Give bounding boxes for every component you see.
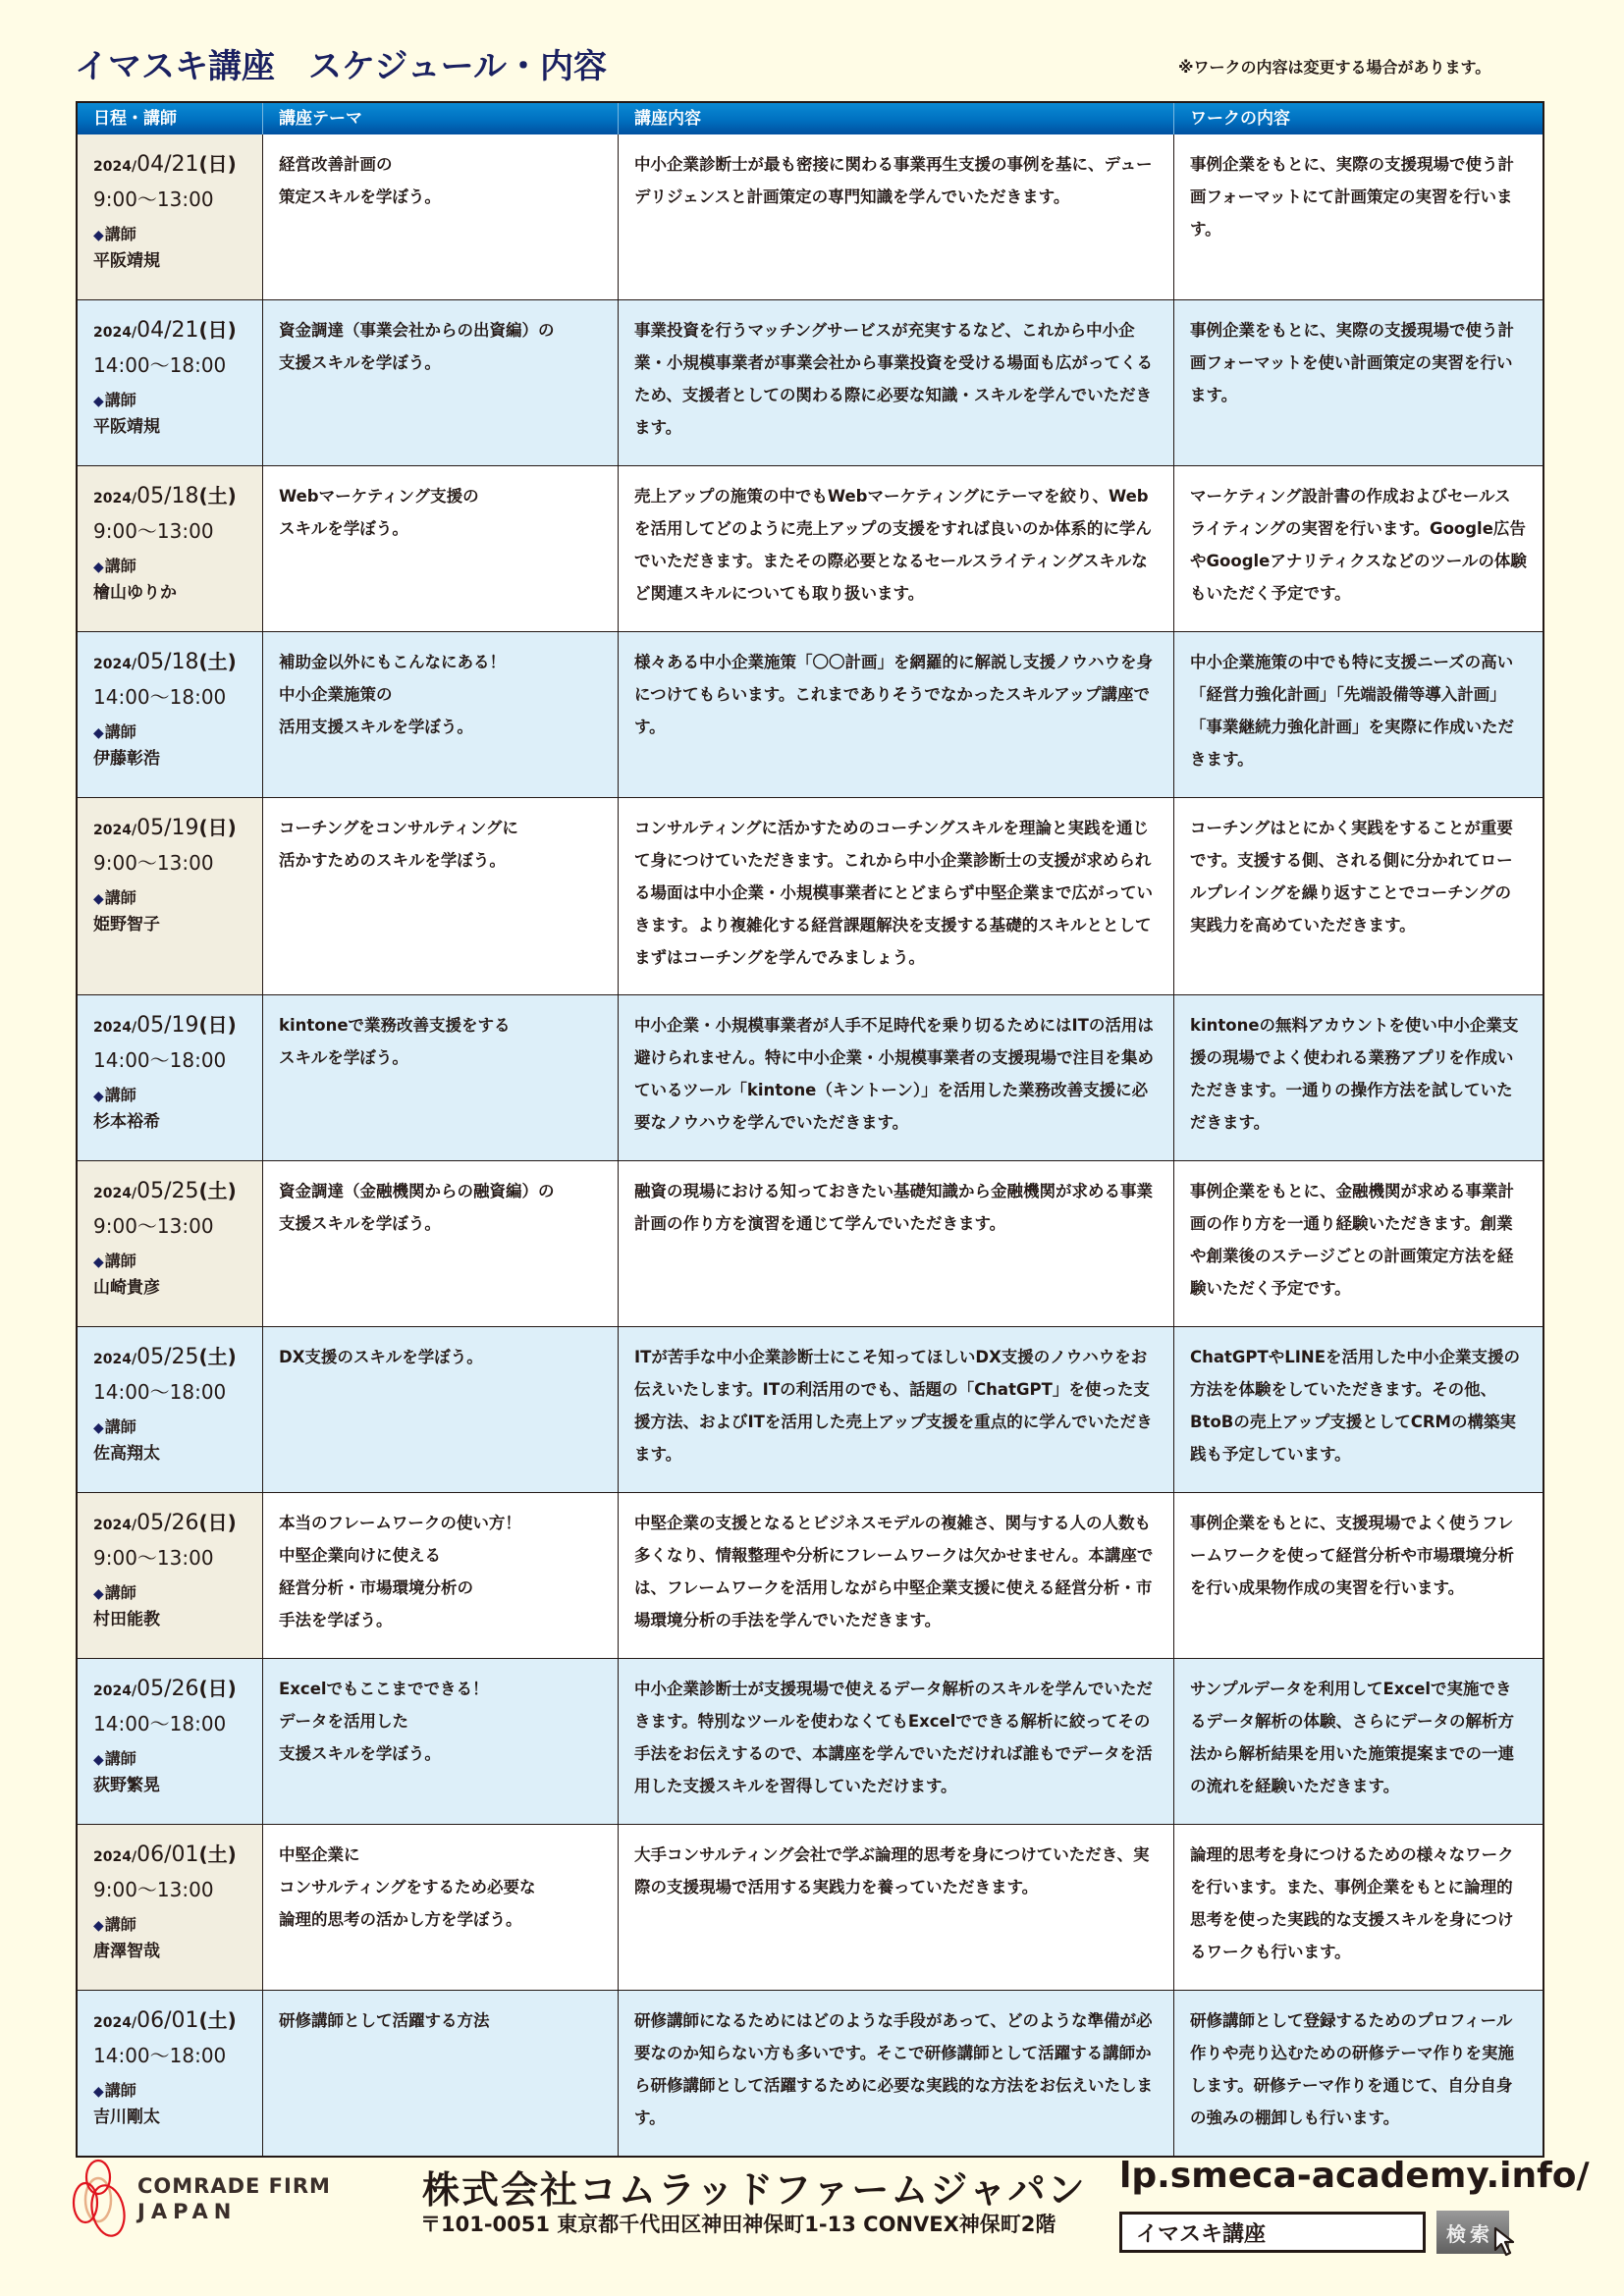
date-month-day: 05/25: [136, 1345, 198, 1369]
content-cell: 中小企業・小規模事業者が人手不足時代を乗り切るためにはITの活用は避けられません…: [618, 995, 1173, 1160]
date-month-day: 06/01: [136, 2008, 198, 2033]
session-date: 2024/05/18(土): [93, 480, 246, 515]
date-month-day: 04/21: [136, 152, 198, 177]
schedule-cell: 2024/05/18(土) 9:00〜13:00 ◆講師 檜山ゆりか: [78, 466, 262, 631]
diamond-bullet-icon: ◆: [93, 228, 104, 243]
header-theme: 講座テーマ: [262, 103, 618, 134]
date-weekday: (日): [198, 1511, 236, 1534]
content-cell: 中小企業診断士が支援現場で使えるデータ解析のスキルを学んでいただきます。特別なツ…: [618, 1659, 1173, 1824]
lecturer-name: 平阪靖規: [93, 248, 246, 274]
content-cell: 様々ある中小企業施策「〇〇計画」を網羅的に解説し支援ノウハウを身につけてもらいま…: [618, 632, 1173, 797]
table-row: 2024/04/21(日) 9:00〜13:00 ◆講師 平阪靖規 経営改善計画…: [78, 134, 1543, 299]
date-weekday: (日): [198, 816, 236, 839]
theme-line: Webマーケティング支援の: [279, 480, 602, 512]
theme-line: 資金調達（金融機関からの融資編）の: [279, 1175, 602, 1207]
diamond-bullet-icon: ◆: [93, 725, 104, 741]
session-date: 2024/05/19(日): [93, 812, 246, 847]
schedule-cell: 2024/05/18(土) 14:00〜18:00 ◆講師 伊藤彰浩: [78, 632, 262, 797]
brand-name: COMRADE FIRM JAPAN: [137, 2173, 331, 2224]
theme-line: 論理的思考の活かし方を学ぼう。: [279, 1903, 602, 1936]
work-cell: ChatGPTやLINEを活用した中小企業支援の方法を体験をしていただきます。そ…: [1173, 1327, 1543, 1492]
schedule-cell: 2024/04/21(日) 9:00〜13:00 ◆講師 平阪靖規: [78, 134, 262, 299]
lecturer-label-text: 講師: [105, 1915, 136, 1934]
date-weekday: (土): [198, 1179, 236, 1202]
session-time: 14:00〜18:00: [93, 349, 246, 382]
lecturer-label-text: 講師: [105, 1417, 136, 1436]
lecturer-label: ◆講師: [93, 1580, 246, 1607]
lecturer-label-text: 講師: [105, 557, 136, 575]
theme-line: Excelでもここまでできる！: [279, 1673, 602, 1705]
date-weekday: (土): [198, 1842, 236, 1866]
table-row: 2024/05/25(土) 14:00〜18:00 ◆講師 佐高翔太 DX支援の…: [78, 1326, 1543, 1492]
date-year: 2024/: [93, 2015, 136, 2031]
content-cell: コンサルティングに活かすためのコーチングスキルを理論と実践を通じて身につけていた…: [618, 798, 1173, 994]
theme-line: 活用支援スキルを学ぼう。: [279, 711, 602, 743]
date-year: 2024/: [93, 1849, 136, 1865]
theme-line: スキルを学ぼう。: [279, 512, 602, 545]
theme-cell: 本当のフレームワークの使い方！中堅企業向けに使える経営分析・市場環境分析の手法を…: [262, 1493, 618, 1658]
date-month-day: 05/26: [136, 1677, 198, 1701]
lecturer-label: ◆講師: [93, 222, 246, 248]
lecturer-name: 佐高翔太: [93, 1441, 246, 1467]
work-cell: 事例企業をもとに、実際の支援現場で使う計画フォーマットにて計画策定の実習を行いま…: [1173, 134, 1543, 299]
lecturer-name: 村田能教: [93, 1607, 246, 1632]
lecturer-name: 伊藤彰浩: [93, 746, 246, 772]
work-cell: マーケティング設計書の作成およびセールスライティングの実習を行います。Googl…: [1173, 466, 1543, 631]
page-title: イマスキ講座 スケジュール・内容: [75, 39, 607, 87]
theme-cell: コーチングをコンサルティングに活かすためのスキルを学ぼう。: [262, 798, 618, 994]
lecturer-label-text: 講師: [105, 225, 136, 243]
company-address: 〒101-0051 東京都千代田区神田神保町1-13 CONVEX神保町2階: [420, 2209, 1056, 2238]
session-date: 2024/05/26(日): [93, 1673, 246, 1708]
theme-line: 補助金以外にもこんなにある！: [279, 646, 602, 678]
session-date: 2024/05/25(土): [93, 1341, 246, 1376]
theme-line: 本当のフレームワークの使い方！: [279, 1507, 602, 1539]
date-weekday: (日): [198, 318, 236, 342]
session-time: 9:00〜13:00: [93, 184, 246, 216]
table-row: 2024/05/18(土) 9:00〜13:00 ◆講師 檜山ゆりか Webマー…: [78, 465, 1543, 631]
lecturer-label-text: 講師: [105, 888, 136, 907]
session-time: 9:00〜13:00: [93, 847, 246, 880]
session-date: 2024/04/21(日): [93, 314, 246, 349]
table-row: 2024/05/18(土) 14:00〜18:00 ◆講師 伊藤彰浩 補助金以外…: [78, 631, 1543, 797]
date-month-day: 05/25: [136, 1179, 198, 1203]
session-date: 2024/05/18(土): [93, 646, 246, 681]
lecturer-label: ◆講師: [93, 720, 246, 746]
content-cell: 事業投資を行うマッチングサービスが充実するなど、これから中小企業・小規模事業者が…: [618, 300, 1173, 465]
theme-cell: DX支援のスキルを学ぼう。: [262, 1327, 618, 1492]
session-date: 2024/05/25(土): [93, 1175, 246, 1210]
session-time: 14:00〜18:00: [93, 1708, 246, 1740]
theme-cell: Excelでもここまでできる！データを活用した支援スキルを学ぼう。: [262, 1659, 618, 1824]
session-time: 9:00〜13:00: [93, 515, 246, 548]
schedule-cell: 2024/05/19(日) 9:00〜13:00 ◆講師 姫野智子: [78, 798, 262, 994]
diamond-bullet-icon: ◆: [93, 891, 104, 907]
theme-line: スキルを学ぼう。: [279, 1041, 602, 1074]
schedule-cell: 2024/05/19(日) 14:00〜18:00 ◆講師 杉本裕希: [78, 995, 262, 1160]
theme-cell: 資金調達（事業会社からの出資編）の支援スキルを学ぼう。: [262, 300, 618, 465]
date-weekday: (土): [198, 484, 236, 507]
lecturer-label-text: 講師: [105, 1583, 136, 1602]
session-date: 2024/05/19(日): [93, 1009, 246, 1044]
search-input[interactable]: [1119, 2212, 1426, 2253]
theme-cell: 経営改善計画の策定スキルを学ぼう。: [262, 134, 618, 299]
theme-line: データを活用した: [279, 1705, 602, 1737]
lecturer-name: 檜山ゆりか: [93, 580, 246, 606]
table-header: 日程・講師 講座テーマ 講座内容 ワークの内容: [78, 103, 1543, 134]
session-date: 2024/05/26(日): [93, 1507, 246, 1542]
work-cell: コーチングはとにかく実践をすることが重要です。支援する側、される側に分かれてロー…: [1173, 798, 1543, 994]
date-month-day: 05/18: [136, 650, 198, 674]
theme-line: 支援スキルを学ぼう。: [279, 347, 602, 379]
diamond-bullet-icon: ◆: [93, 560, 104, 575]
date-month-day: 05/18: [136, 484, 198, 508]
theme-line: DX支援のスキルを学ぼう。: [279, 1341, 602, 1373]
lecturer-name: 姫野智子: [93, 912, 246, 937]
lecturer-label: ◆講師: [93, 1083, 246, 1109]
theme-line: kintoneで業務改善支援をする: [279, 1009, 602, 1041]
work-cell: 事例企業をもとに、実際の支援現場で使う計画フォーマットを使い計画策定の実習を行い…: [1173, 300, 1543, 465]
date-month-day: 06/01: [136, 1842, 198, 1867]
date-month-day: 05/26: [136, 1511, 198, 1535]
work-cell: kintoneの無料アカウントを使い中小企業支援の現場でよく使われる業務アプリを…: [1173, 995, 1543, 1160]
lecturer-label: ◆講師: [93, 1912, 246, 1939]
date-year: 2024/: [93, 1020, 136, 1036]
header-schedule-lecturer: 日程・講師: [78, 103, 262, 134]
theme-line: 手法を学ぼう。: [279, 1604, 602, 1636]
lecturer-label: ◆講師: [93, 2078, 246, 2105]
schedule-cell: 2024/04/21(日) 14:00〜18:00 ◆講師 平阪靖規: [78, 300, 262, 465]
date-weekday: (日): [198, 1677, 236, 1700]
date-weekday: (日): [198, 1013, 236, 1037]
theme-line: 策定スキルを学ぼう。: [279, 181, 602, 213]
theme-line: 経営改善計画の: [279, 148, 602, 181]
date-year: 2024/: [93, 325, 136, 341]
table-row: 2024/05/19(日) 9:00〜13:00 ◆講師 姫野智子 コーチングを…: [78, 797, 1543, 994]
date-year: 2024/: [93, 491, 136, 507]
content-cell: ITが苦手な中小企業診断士にこそ知ってほしいDX支援のノウハウをお伝えいたします…: [618, 1327, 1173, 1492]
work-cell: サンプルデータを利用してExcelで実施できるデータ解析の体験、さらにデータの解…: [1173, 1659, 1543, 1824]
theme-line: 中堅企業に: [279, 1839, 602, 1871]
theme-line: 中堅企業向けに使える: [279, 1539, 602, 1572]
diamond-bullet-icon: ◆: [93, 1089, 104, 1104]
lecturer-label: ◆講師: [93, 1249, 246, 1275]
lecturer-label-text: 講師: [105, 1749, 136, 1768]
schedule-table: 日程・講師 講座テーマ 講座内容 ワークの内容 2024/04/21(日) 9:…: [76, 101, 1544, 2158]
theme-cell: 研修講師として活躍する方法: [262, 1991, 618, 2156]
schedule-cell: 2024/06/01(土) 14:00〜18:00 ◆講師 吉川剛太: [78, 1991, 262, 2156]
diamond-bullet-icon: ◆: [93, 1918, 104, 1934]
schedule-cell: 2024/06/01(土) 9:00〜13:00 ◆講師 唐澤智哉: [78, 1825, 262, 1990]
lecturer-label-text: 講師: [105, 2081, 136, 2100]
table-row: 2024/05/26(日) 9:00〜13:00 ◆講師 村田能教 本当のフレー…: [78, 1492, 1543, 1658]
work-cell: 事例企業をもとに、支援現場でよく使うフレームワークを使って経営分析や市場環境分析…: [1173, 1493, 1543, 1658]
theme-line: 支援スキルを学ぼう。: [279, 1207, 602, 1240]
lecturer-label: ◆講師: [93, 388, 246, 414]
theme-cell: Webマーケティング支援のスキルを学ぼう。: [262, 466, 618, 631]
date-weekday: (土): [198, 650, 236, 673]
table-row: 2024/06/01(土) 9:00〜13:00 ◆講師 唐澤智哉 中堅企業にコ…: [78, 1824, 1543, 1990]
session-date: 2024/04/21(日): [93, 148, 246, 184]
session-time: 14:00〜18:00: [93, 1044, 246, 1077]
date-year: 2024/: [93, 823, 136, 838]
table-row: 2024/05/19(日) 14:00〜18:00 ◆講師 杉本裕希 kinto…: [78, 994, 1543, 1160]
theme-line: 活かすためのスキルを学ぼう。: [279, 844, 602, 877]
comrade-firm-logo-icon: [71, 2156, 128, 2238]
theme-line: コンサルティングをするため必要な: [279, 1871, 602, 1903]
lecturer-label: ◆講師: [93, 554, 246, 580]
header-content: 講座内容: [618, 103, 1173, 134]
content-cell: 研修講師になるためにはどのような手段があって、どのような準備が必要なのか知らない…: [618, 1991, 1173, 2156]
date-year: 2024/: [93, 1186, 136, 1201]
content-cell: 融資の現場における知っておきたい基礎知識から金融機関が求める事業計画の作り方を演…: [618, 1161, 1173, 1326]
work-cell: 中小企業施策の中でも特に支援ニーズの高い「経営力強化計画」「先端設備等導入計画」…: [1173, 632, 1543, 797]
mouse-cursor-icon: [1493, 2226, 1519, 2258]
lecturer-label-text: 講師: [105, 391, 136, 409]
theme-line: 資金調達（事業会社からの出資編）の: [279, 314, 602, 347]
date-month-day: 04/21: [136, 318, 198, 343]
diamond-bullet-icon: ◆: [93, 1752, 104, 1768]
schedule-cell: 2024/05/26(日) 14:00〜18:00 ◆講師 荻野繁晃: [78, 1659, 262, 1824]
date-weekday: (日): [198, 152, 236, 176]
date-year: 2024/: [93, 1683, 136, 1699]
website-url[interactable]: lp.smeca-academy.info/: [1119, 2156, 1590, 2196]
schedule-cell: 2024/05/25(土) 14:00〜18:00 ◆講師 佐高翔太: [78, 1327, 262, 1492]
content-cell: 売上アップの施策の中でもWebマーケティングにテーマを絞り、Webを活用してどの…: [618, 466, 1173, 631]
brand-line-1: COMRADE FIRM: [137, 2173, 331, 2199]
date-month-day: 05/19: [136, 816, 198, 840]
schedule-cell: 2024/05/25(土) 9:00〜13:00 ◆講師 山崎貴彦: [78, 1161, 262, 1326]
lecturer-label-text: 講師: [105, 1086, 136, 1104]
diamond-bullet-icon: ◆: [93, 394, 104, 409]
content-cell: 大手コンサルティング会社で学ぶ論理的思考を身につけていただき、実際の支援現場で活…: [618, 1825, 1173, 1990]
session-date: 2024/06/01(土): [93, 1839, 246, 1874]
company-name: 株式会社コムラッドファームジャパン: [422, 2160, 1087, 2214]
theme-cell: 中堅企業にコンサルティングをするため必要な論理的思考の活かし方を学ぼう。: [262, 1825, 618, 1990]
lecturer-name: 唐澤智哉: [93, 1939, 246, 1964]
brand-line-2: JAPAN: [137, 2199, 331, 2224]
diamond-bullet-icon: ◆: [93, 1420, 104, 1436]
lecturer-name: 荻野繁晃: [93, 1773, 246, 1798]
table-row: 2024/05/26(日) 14:00〜18:00 ◆講師 荻野繁晃 Excel…: [78, 1658, 1543, 1824]
table-row: 2024/04/21(日) 14:00〜18:00 ◆講師 平阪靖規 資金調達（…: [78, 299, 1543, 465]
lecturer-label: ◆講師: [93, 885, 246, 912]
change-notice: ※ワークの内容は変更する場合があります。: [1178, 55, 1490, 78]
session-time: 9:00〜13:00: [93, 1210, 246, 1243]
content-cell: 中堅企業の支援となるとビジネスモデルの複雑さ、関与する人の人数も多くなり、情報整…: [618, 1493, 1173, 1658]
work-cell: 事例企業をもとに、金融機関が求める事業計画の作り方を一通り経験いただきます。創業…: [1173, 1161, 1543, 1326]
diamond-bullet-icon: ◆: [93, 2084, 104, 2100]
session-date: 2024/06/01(土): [93, 2004, 246, 2040]
diamond-bullet-icon: ◆: [93, 1586, 104, 1602]
lecturer-label-text: 講師: [105, 1252, 136, 1270]
theme-cell: kintoneで業務改善支援をするスキルを学ぼう。: [262, 995, 618, 1160]
lecturer-name: 山崎貴彦: [93, 1275, 246, 1301]
lecturer-name: 平阪靖規: [93, 414, 246, 440]
date-year: 2024/: [93, 657, 136, 672]
session-time: 14:00〜18:00: [93, 681, 246, 714]
diamond-bullet-icon: ◆: [93, 1255, 104, 1270]
theme-cell: 補助金以外にもこんなにある！中小企業施策の活用支援スキルを学ぼう。: [262, 632, 618, 797]
date-weekday: (土): [198, 1345, 236, 1368]
content-cell: 中小企業診断士が最も密接に関わる事業再生支援の事例を基に、デューデリジェンスと計…: [618, 134, 1173, 299]
theme-line: 研修講師として活躍する方法: [279, 2004, 602, 2037]
schedule-cell: 2024/05/26(日) 9:00〜13:00 ◆講師 村田能教: [78, 1493, 262, 1658]
table-row: 2024/06/01(土) 14:00〜18:00 ◆講師 吉川剛太 研修講師と…: [78, 1990, 1543, 2156]
lecturer-label: ◆講師: [93, 1746, 246, 1773]
session-time: 14:00〜18:00: [93, 1376, 246, 1409]
date-month-day: 05/19: [136, 1013, 198, 1038]
theme-line: 経営分析・市場環境分析の: [279, 1572, 602, 1604]
date-year: 2024/: [93, 1352, 136, 1367]
session-time: 9:00〜13:00: [93, 1542, 246, 1575]
theme-line: コーチングをコンサルティングに: [279, 812, 602, 844]
table-row: 2024/05/25(土) 9:00〜13:00 ◆講師 山崎貴彦 資金調達（金…: [78, 1160, 1543, 1326]
work-cell: 論理的思考を身につけるための様々なワークを行います。また、事例企業をもとに論理的…: [1173, 1825, 1543, 1990]
lecturer-label-text: 講師: [105, 722, 136, 741]
lecturer-name: 杉本裕希: [93, 1109, 246, 1135]
theme-cell: 資金調達（金融機関からの融資編）の支援スキルを学ぼう。: [262, 1161, 618, 1326]
date-year: 2024/: [93, 1518, 136, 1533]
lecturer-name: 吉川剛太: [93, 2105, 246, 2130]
lecturer-label: ◆講師: [93, 1415, 246, 1441]
header-work: ワークの内容: [1173, 103, 1543, 134]
date-weekday: (土): [198, 2008, 236, 2032]
theme-line: 中小企業施策の: [279, 678, 602, 711]
session-time: 9:00〜13:00: [93, 1874, 246, 1906]
theme-line: 支援スキルを学ぼう。: [279, 1737, 602, 1770]
work-cell: 研修講師として登録するためのプロフィール作りや売り込むための研修テーマ作りを実施…: [1173, 1991, 1543, 2156]
session-time: 14:00〜18:00: [93, 2040, 246, 2072]
date-year: 2024/: [93, 159, 136, 175]
